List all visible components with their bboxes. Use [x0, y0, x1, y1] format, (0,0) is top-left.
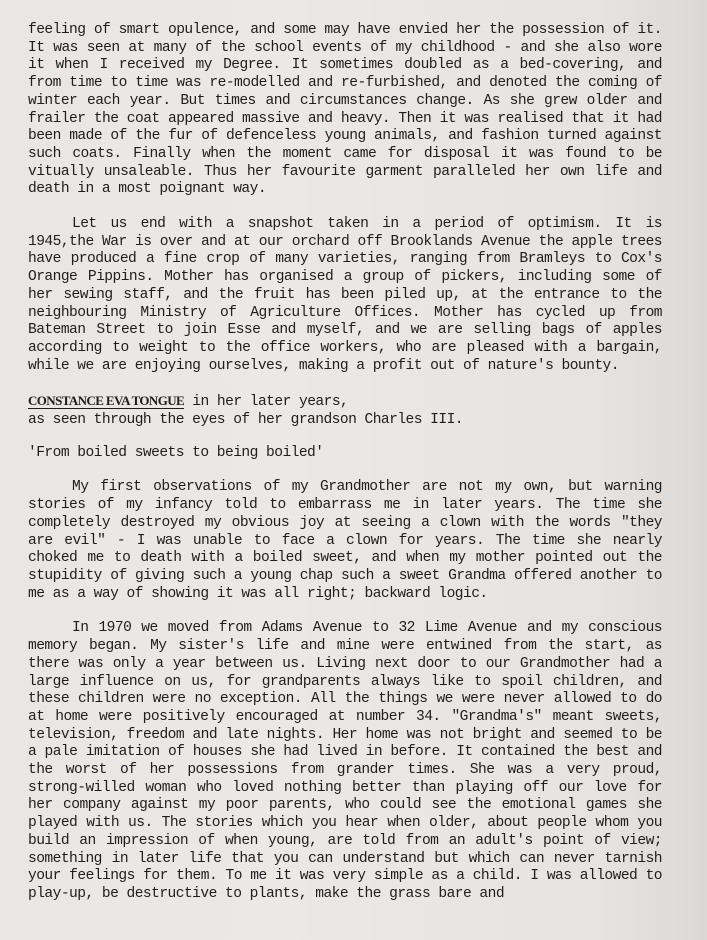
paragraph-coat: feeling of smart opulence, and some may … — [28, 22, 662, 199]
subject-name: CONSTANCE EVA TONGUE — [28, 393, 184, 409]
section-heading-line2: as seen through the eyes of her grandson… — [28, 412, 662, 430]
section-heading-line1: CONSTANCE EVA TONGUE in her later years, — [28, 392, 662, 412]
paragraph-spacer — [28, 199, 662, 216]
paragraph-first-observations: My first observations of my Grandmother … — [28, 479, 662, 603]
heading-line1-rest: in her later years, — [184, 394, 348, 410]
document-page: feeling of smart opulence, and some may … — [28, 22, 662, 904]
section-subtitle: 'From boiled sweets to being boiled' — [28, 445, 662, 463]
paragraph-spacer — [28, 375, 662, 392]
paragraph-spacer — [28, 603, 662, 620]
paragraph-lime-avenue: In 1970 we moved from Adams Avenue to 32… — [28, 620, 662, 903]
section-heading: CONSTANCE EVA TONGUE in her later years,… — [28, 392, 662, 429]
paragraph-snapshot: Let us end with a snapshot taken in a pe… — [28, 216, 662, 375]
paragraph-spacer — [28, 430, 662, 445]
paragraph-spacer — [28, 462, 662, 479]
